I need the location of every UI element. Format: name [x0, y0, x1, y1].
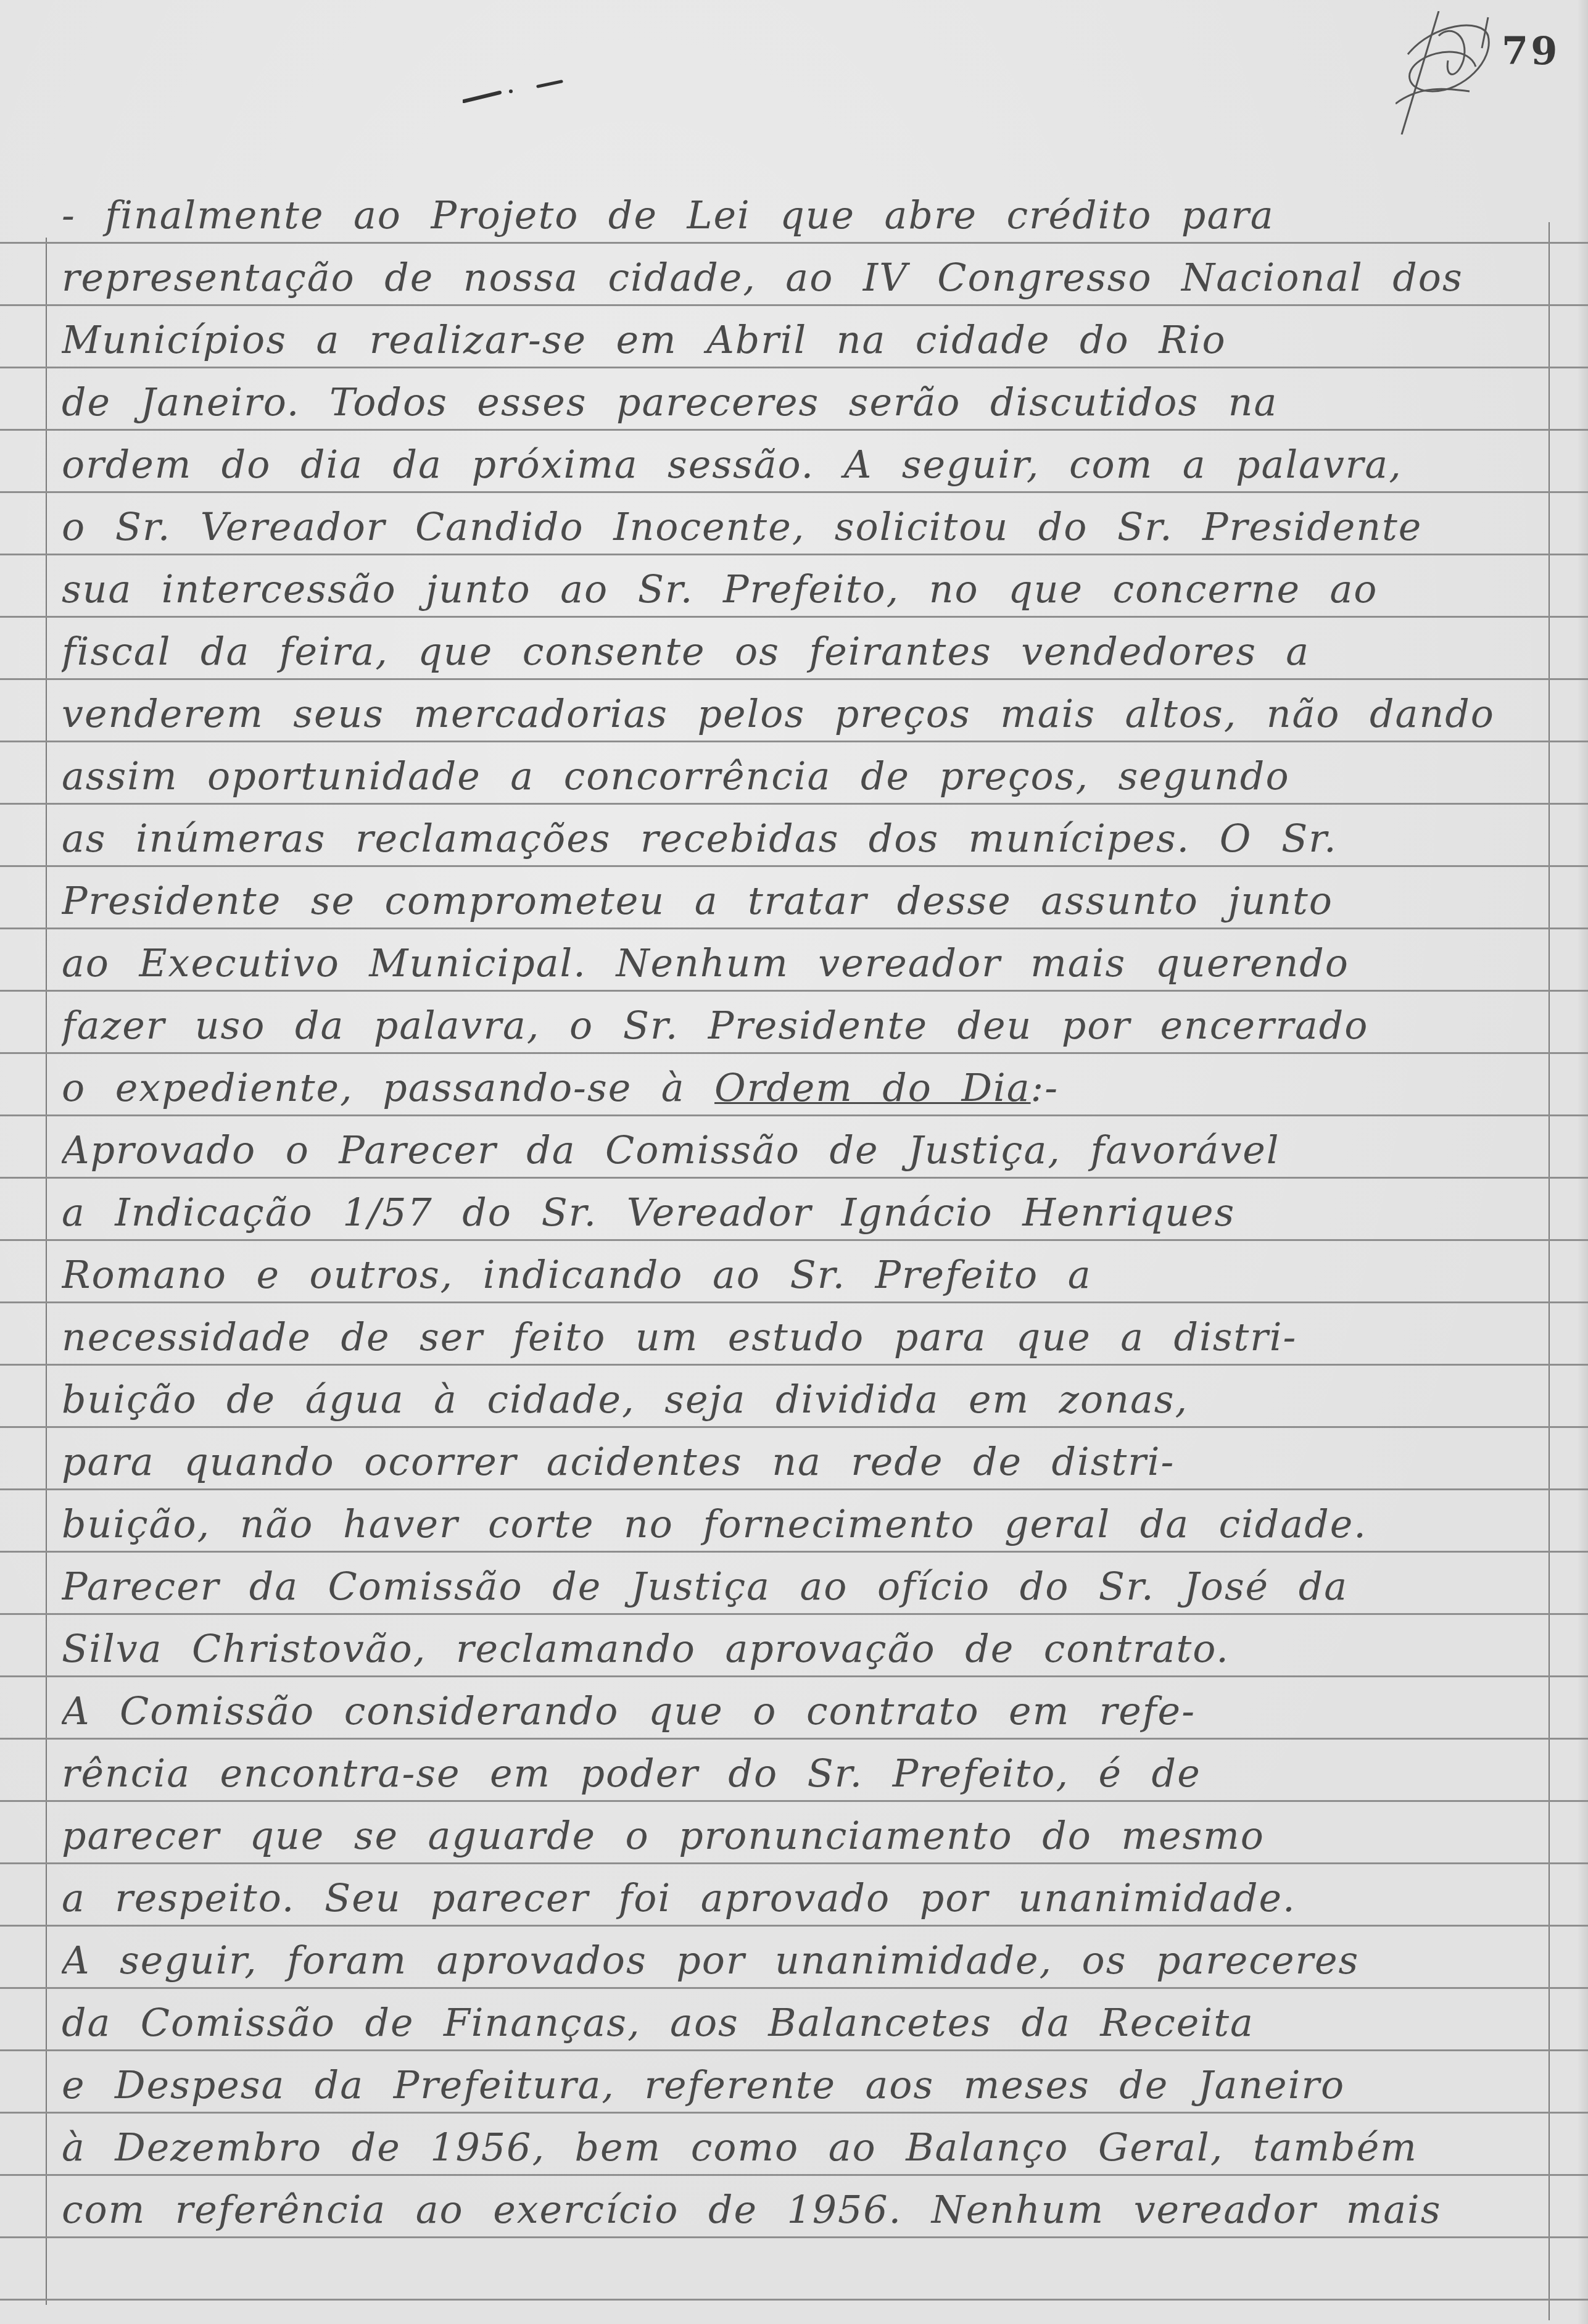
handwritten-line: necessidade de ser feito um estudo para …: [62, 1309, 1536, 1365]
handwritten-line: Presidente se comprometeu a tratar desse…: [62, 873, 1536, 929]
handwritten-line: Parecer da Comissão de Justiça ao ofício…: [62, 1559, 1536, 1614]
handwritten-line: o Sr. Vereador Candido Inocente, solicit…: [62, 499, 1536, 555]
handwritten-line: buição de água à cidade, seja dividida e…: [62, 1372, 1536, 1427]
handwritten-line: fazer uso da palavra, o Sr. Presidente d…: [62, 998, 1536, 1053]
handwritten-line: Aprovado o Parecer da Comissão de Justiç…: [62, 1123, 1536, 1178]
handwritten-line: a respeito. Seu parecer foi aprovado por…: [62, 1870, 1536, 1926]
handwritten-line: Romano e outros, indicando ao Sr. Prefei…: [62, 1247, 1536, 1303]
handwritten-line: o expediente, passando-se à Ordem do Dia…: [62, 1060, 1536, 1116]
handwritten-line: fiscal da feira, que consente os feirant…: [62, 624, 1536, 679]
handwritten-line: - finalmente ao Projeto de Lei que abre …: [62, 188, 1536, 243]
handwritten-line: de Janeiro. Todos esses pareceres serão …: [62, 375, 1536, 430]
handwritten-line: e Despesa da Prefeitura, referente aos m…: [62, 2057, 1536, 2113]
handwritten-line: assim oportunidade a concorrência de pre…: [62, 749, 1536, 804]
handwritten-line: venderem seus mercadorias pelos preços m…: [62, 686, 1536, 742]
handwritten-line: buição, não haver corte no fornecimento …: [62, 1496, 1536, 1552]
handwritten-line: parecer que se aguarde o pronunciamento …: [62, 1808, 1536, 1864]
handwritten-line: A seguir, foram aprovados por unanimidad…: [62, 1933, 1536, 1988]
handwritten-line: A Comissão considerando que o contrato e…: [62, 1683, 1536, 1739]
handwritten-line: com referência ao exercício de 1956. Nen…: [62, 2182, 1536, 2238]
handwritten-line: as inúmeras reclamações recebidas dos mu…: [62, 811, 1536, 866]
handwritten-line: Municípios a realizar-se em Abril na cid…: [62, 312, 1536, 368]
handwritten-line: para quando ocorrer acidentes na rede de…: [62, 1434, 1536, 1490]
underlined-heading: Ordem do Dia: [714, 1065, 1031, 1110]
handwritten-line: representação de nossa cidade, ao IV Con…: [62, 250, 1536, 305]
handwritten-line: à Dezembro de 1956, bem como ao Balanço …: [62, 2120, 1536, 2175]
ledger-page: 79 - finalmente ao Projeto de Lei que ab…: [0, 0, 1588, 2324]
handwritten-line: ao Executivo Municipal. Nenhum vereador …: [62, 936, 1536, 991]
handwritten-line: Silva Christovão, reclamando aprovação d…: [62, 1621, 1536, 1677]
handwritten-line: da Comissão de Finanças, aos Balancetes …: [62, 1995, 1536, 2051]
handwritten-line: rência encontra-se em poder do Sr. Prefe…: [62, 1746, 1536, 1801]
handwritten-line: a Indicação 1/57 do Sr. Vereador Ignácio…: [62, 1185, 1536, 1240]
handwritten-text: - finalmente ao Projeto de Lei que abre …: [0, 0, 1588, 2324]
handwritten-line: ordem do dia da próxima sessão. A seguir…: [62, 437, 1536, 492]
handwritten-line: sua intercessão junto ao Sr. Prefeito, n…: [62, 562, 1536, 617]
